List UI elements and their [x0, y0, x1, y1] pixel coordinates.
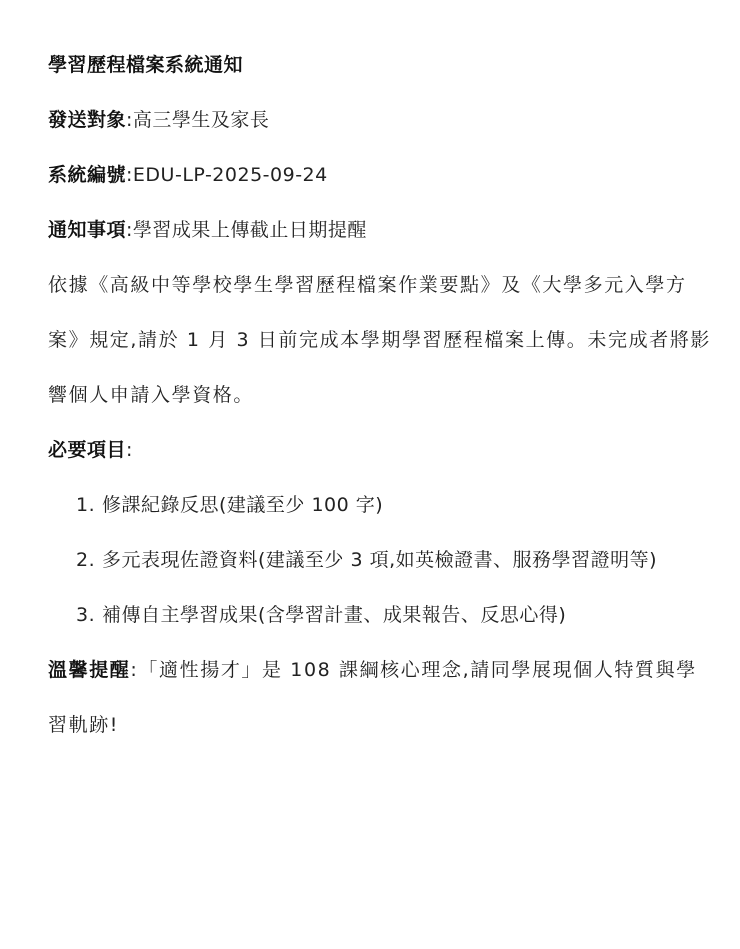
field-recipients: 發送對象:高三學生及家長	[48, 103, 698, 158]
field-separator: :	[126, 219, 133, 241]
required-items-heading: 必要項目:	[48, 433, 698, 488]
notification-document: 學習歷程檔案系統通知 發送對象:高三學生及家長 系統編號:EDU-LP-2025…	[48, 48, 698, 763]
list-item-text: 補傳自主學習成果(含學習計畫、成果報告、反思心得)	[102, 604, 566, 626]
reminder: 溫馨提醒:「適性揚才」是 108 課綱核心理念,請同學展現個人特質與學 習軌跡!	[48, 653, 698, 763]
paragraph-line: 依據《高級中等學校學生學習歷程檔案作業要點》及《大學多元入學方	[48, 268, 698, 323]
field-label: 發送對象	[48, 109, 126, 131]
reminder-line: 溫馨提醒:「適性揚才」是 108 課綱核心理念,請同學展現個人特質與學	[48, 653, 698, 708]
heading-label: 必要項目	[48, 439, 126, 461]
field-separator: :	[126, 164, 133, 186]
field-system-id: 系統編號:EDU-LP-2025-09-24	[48, 158, 698, 213]
field-separator: :	[126, 109, 133, 131]
reminder-label: 溫馨提醒	[48, 659, 130, 681]
field-value: 高三學生及家長	[133, 109, 270, 131]
field-label: 系統編號	[48, 164, 126, 186]
reminder-text: 「適性揚才」是 108 課綱核心理念,請同學展現個人特質與學	[138, 659, 696, 681]
list-item: 2.多元表現佐證資料(建議至少 3 項,如英檢證書、服務學習證明等)	[76, 543, 698, 598]
list-item-number: 1.	[76, 488, 102, 522]
paragraph-line: 響個人申請入學資格。	[48, 378, 698, 433]
document-title: 學習歷程檔案系統通知	[48, 48, 698, 103]
list-item-number: 3.	[76, 598, 102, 632]
field-subject: 通知事項:學習成果上傳截止日期提醒	[48, 213, 698, 268]
field-value: EDU-LP-2025-09-24	[133, 164, 328, 186]
list-item: 1.修課紀錄反思(建議至少 100 字)	[76, 488, 698, 543]
body-paragraph: 依據《高級中等學校學生學習歷程檔案作業要點》及《大學多元入學方 案》規定,請於 …	[48, 268, 698, 433]
field-value: 學習成果上傳截止日期提醒	[133, 219, 367, 241]
list-item-number: 2.	[76, 543, 102, 577]
list-item-text: 多元表現佐證資料(建議至少 3 項,如英檢證書、服務學習證明等)	[102, 549, 657, 571]
list-item: 3.補傳自主學習成果(含學習計畫、成果報告、反思心得)	[76, 598, 698, 653]
heading-separator: :	[126, 439, 133, 461]
field-label: 通知事項	[48, 219, 126, 241]
reminder-line: 習軌跡!	[48, 708, 698, 763]
required-items-list: 1.修課紀錄反思(建議至少 100 字) 2.多元表現佐證資料(建議至少 3 項…	[48, 488, 698, 653]
list-item-text: 修課紀錄反思(建議至少 100 字)	[102, 494, 383, 516]
paragraph-line: 案》規定,請於 1 月 3 日前完成本學期學習歷程檔案上傳。未完成者將影	[48, 323, 698, 378]
